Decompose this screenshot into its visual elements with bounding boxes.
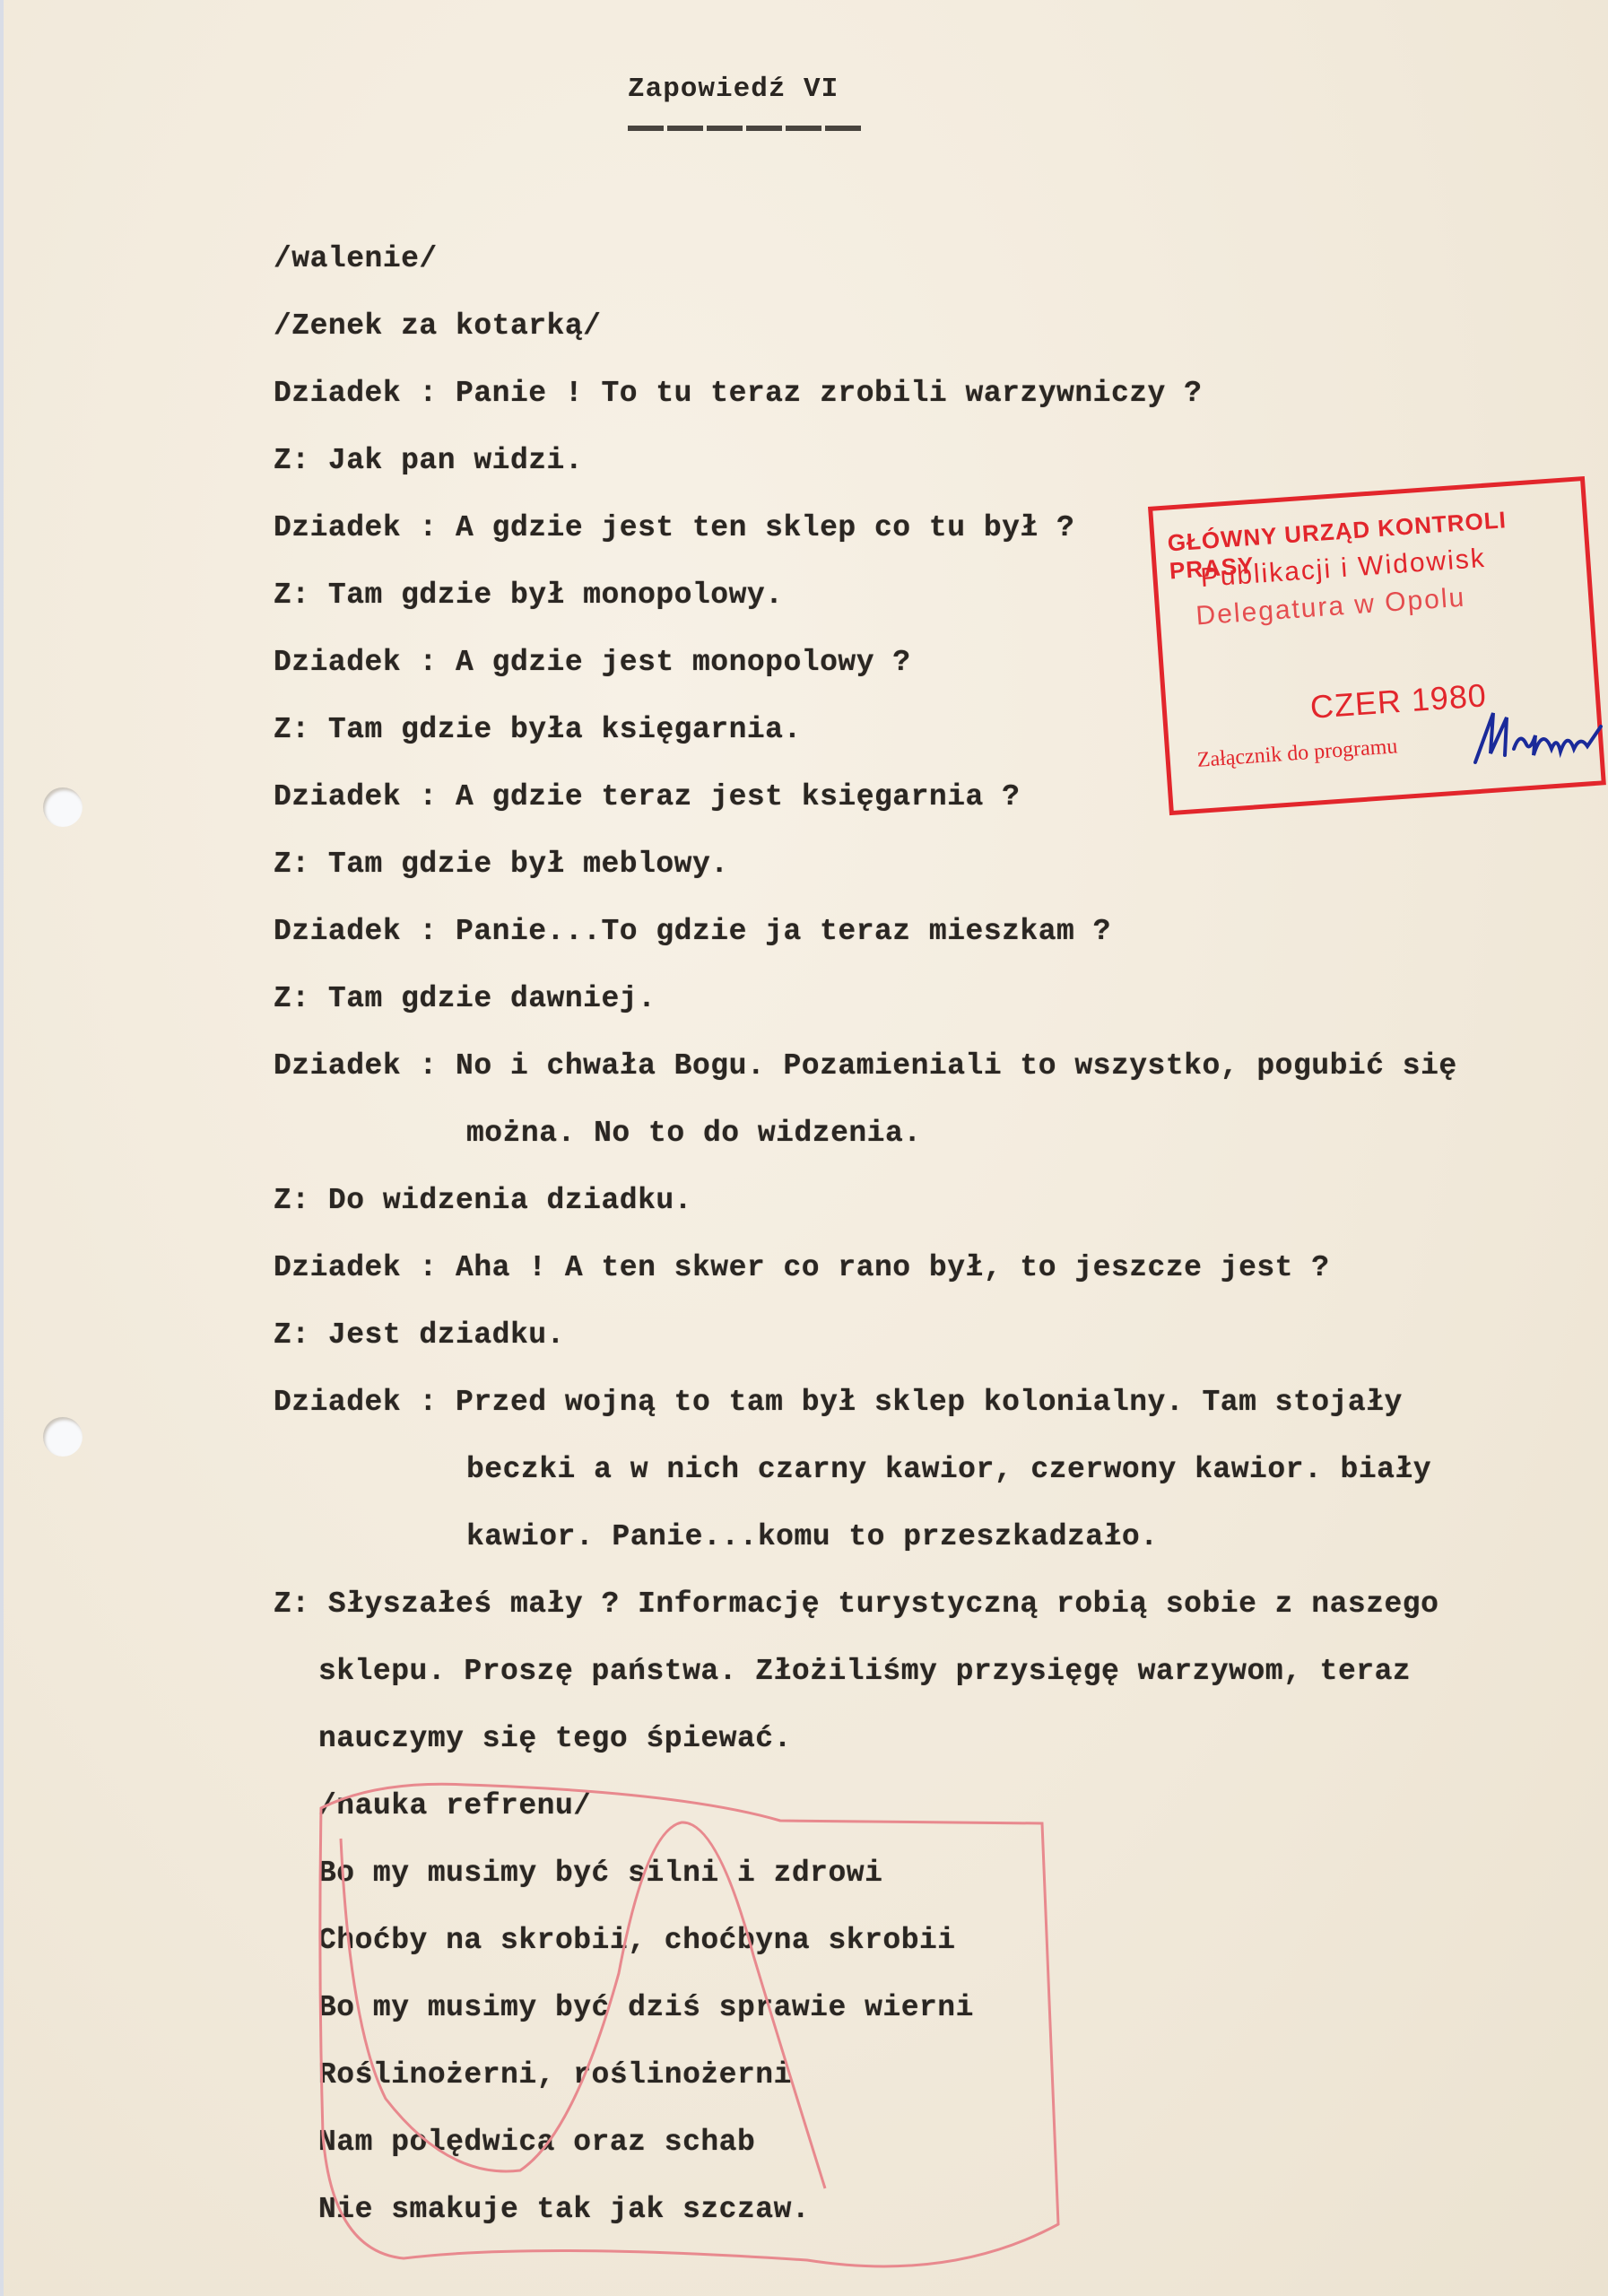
script-line: Roślinożerni, roślinożerni xyxy=(318,2058,792,2092)
script-line: można. No to do widzenia. xyxy=(466,1117,922,1150)
page-edge xyxy=(0,0,4,2296)
script-line: Dziadek : No i chwała Bogu. Pozamieniali… xyxy=(274,1049,1457,1083)
script-line: /walenie/ xyxy=(274,242,438,275)
script-line: Choćby na skrobii, choćbyna skrobii xyxy=(318,1924,956,1957)
script-line: Nam polędwica oraz schab xyxy=(318,2126,755,2159)
script-line: Z: Tam gdzie dawniej. xyxy=(274,982,656,1015)
script-line: Bo my musimy być dziś sprawie wierni xyxy=(318,1991,974,2024)
script-line: Dziadek : Panie ! To tu teraz zrobili wa… xyxy=(274,377,1202,410)
punch-hole xyxy=(43,1417,83,1457)
script-line: nauczymy się tego śpiewać. xyxy=(318,1722,792,1755)
script-line: Z: Słyszałeś mały ? Informację turystycz… xyxy=(274,1587,1439,1621)
script-line: /Zenek za kotarką/ xyxy=(274,309,601,343)
script-line: Dziadek : A gdzie teraz jest księgarnia … xyxy=(274,780,1020,813)
document-title: Zapowiedź VI xyxy=(628,74,839,105)
script-line: Z: Tam gdzie była księgarnia. xyxy=(274,713,802,746)
script-line: Dziadek : A gdzie jest ten sklep co tu b… xyxy=(274,511,1074,544)
stamp-date: CZER 1980 xyxy=(1309,676,1489,726)
script-line: Dziadek : Przed wojną to tam był sklep k… xyxy=(274,1386,1403,1419)
script-line: Z: Tam gdzie był monopolowy. xyxy=(274,578,784,612)
script-line: Z: Jest dziadku. xyxy=(274,1318,565,1352)
script-line: Z: Jak pan widzi. xyxy=(274,444,583,477)
script-line: Z: Tam gdzie był meblowy. xyxy=(274,848,729,881)
script-line: Z: Do widzenia dziadku. xyxy=(274,1184,692,1217)
script-line: Bo my musimy być silni i zdrowi xyxy=(318,1857,882,1890)
script-line: Dziadek : Aha ! A ten skwer co rano był,… xyxy=(274,1251,1330,1284)
script-line: Nie smakuje tak jak szczaw. xyxy=(318,2193,810,2226)
signature-icon xyxy=(1471,700,1605,771)
script-line: beczki a w nich czarny kawior, czerwony … xyxy=(466,1453,1431,1486)
script-line: kawior. Panie...komu to przeszkadzało. xyxy=(466,1520,1159,1553)
script-line: Dziadek : Panie...To gdzie ja teraz mies… xyxy=(274,915,1111,948)
stamp-attachment-note: Załącznik do programu xyxy=(1196,735,1398,773)
script-line: /nauka refrenu/ xyxy=(318,1789,592,1822)
punch-hole xyxy=(43,787,83,827)
script-line: sklepu. Proszę państwa. Złożiliśmy przys… xyxy=(318,1655,1411,1688)
script-line: Dziadek : A gdzie jest monopolowy ? xyxy=(274,646,911,679)
title-underline xyxy=(628,126,863,131)
